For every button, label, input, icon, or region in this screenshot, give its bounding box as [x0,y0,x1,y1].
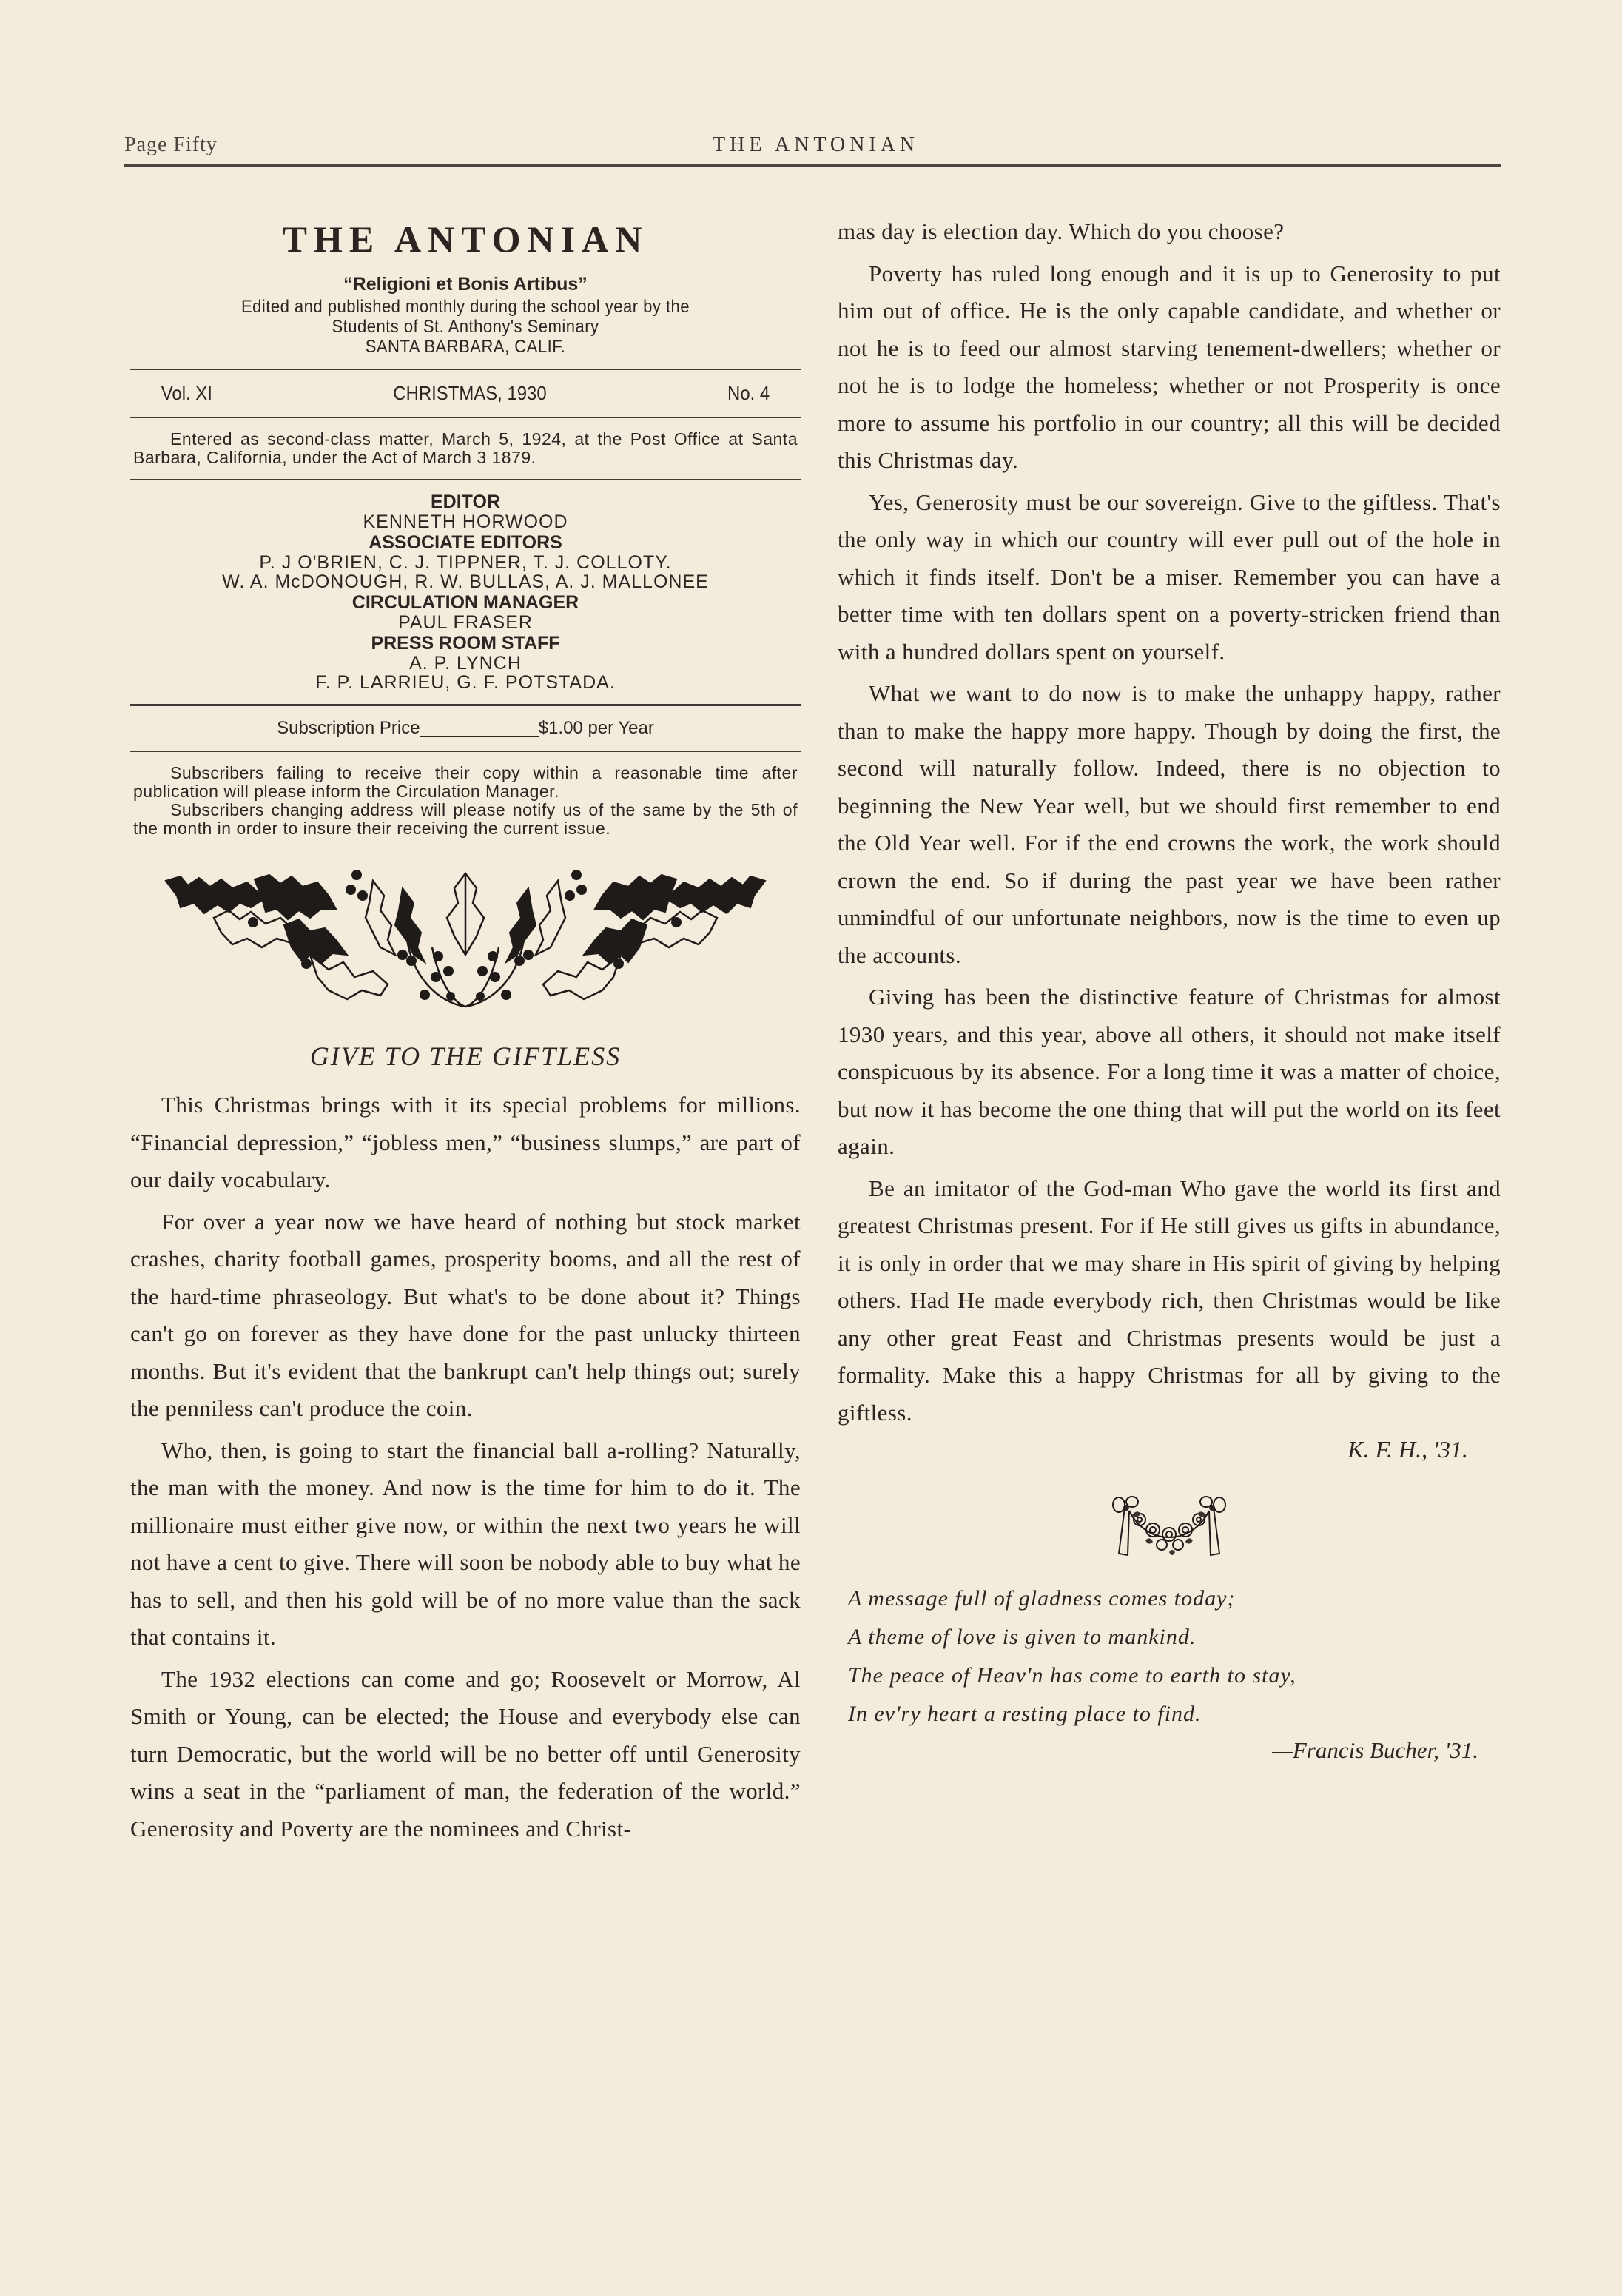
staff-name: F. P. LARRIEU, G. F. POTSTADA. [130,673,801,692]
staff-role-circulation-manager: CIRCULATION MANAGER [130,593,801,613]
notice-failing-copy: Subscribers failing to receive their cop… [130,764,801,801]
masthead-students-line: Students of St. Anthony's Seminary [157,317,774,337]
staff-name: A. P. LYNCH [130,654,801,673]
poem: A message full of gladness comes today; … [848,1580,1501,1733]
page-number: Page Fifty [124,133,218,157]
poem-line: A theme of love is given to mankind. [848,1618,1501,1656]
staff-name: W. A. McDONOUGH, R. W. BULLAS, A. J. MAL… [130,572,801,591]
staff-role-associate-editors: ASSOCIATE EDITORS [130,533,801,553]
poem-line: A message full of gladness comes today; [848,1580,1501,1618]
article-paragraph: For over a year now we have heard of not… [130,1204,801,1428]
staff-role-editor: EDITOR [130,492,801,512]
article-body-right: mas day is election day. Which do you ch… [838,213,1501,1431]
staff-list: EDITOR KENNETH HORWOOD ASSOCIATE EDITORS… [130,492,801,692]
notice-address-change: Subscribers changing address will please… [130,801,801,838]
masthead-motto: “Religioni et Bonis Artibus” [130,274,801,295]
magazine-page: Page Fifty THE ANTONIAN THE ANTONIAN “Re… [0,0,1622,2296]
staff-role-press-room: PRESS ROOM STAFF [130,634,801,654]
staff-name: PAUL FRASER [130,613,801,632]
article-paragraph: Giving has been the distinctive feature … [838,979,1501,1166]
running-header: Page Fifty THE ANTONIAN [124,133,1501,170]
article-paragraph: The 1932 elections can come and go; Roos… [130,1661,801,1848]
holly-ornament-icon [158,866,773,1014]
issue-info-row: Vol. XI CHRISTMAS, 1930 No. 4 [157,382,774,405]
article-title: GIVE TO THE GIFTLESS [130,1041,801,1072]
article-paragraph: What we want to do now is to make the un… [838,675,1501,974]
article-paragraph: Be an imitator of the God-man Who gave t… [838,1170,1501,1432]
subscription-price: Subscription Price____________$1.00 per … [130,718,801,739]
divider [130,704,801,706]
poem-line: In ev'ry heart a resting place to find. [848,1695,1501,1733]
volume-label: Vol. XI [161,382,212,405]
header-rule [124,164,1501,167]
article-paragraph: Poverty has ruled long enough and it is … [838,255,1501,480]
masthead-location: SANTA BARBARA, CALIF. [157,337,774,357]
article-body-left: This Christmas brings with it its specia… [130,1087,801,1847]
staff-name: P. J O'BRIEN, C. J. TIPPNER, T. J. COLLO… [130,553,801,572]
staff-name: KENNETH HORWOOD [130,512,801,531]
masthead-title: THE ANTONIAN [130,218,801,261]
masthead-publisher-line: Edited and published monthly during the … [157,297,774,317]
right-column: mas day is election day. Which do you ch… [838,213,1501,1768]
rose-garland-ornament-icon [1110,1494,1228,1565]
issue-date: CHRISTMAS, 1930 [393,382,546,405]
article-byline: K. F. H., '31. [838,1436,1468,1463]
issue-number: No. 4 [727,382,770,405]
divider [130,751,801,752]
entry-notice: Entered as second-class matter, March 5,… [130,430,801,467]
left-column: THE ANTONIAN “Religioni et Bonis Artibus… [130,207,801,1852]
poem-author: —Francis Bucher, '31. [838,1733,1478,1768]
running-title: THE ANTONIAN [713,133,919,157]
divider [130,479,801,480]
article-paragraph: Who, then, is going to start the financi… [130,1432,801,1656]
masthead: THE ANTONIAN “Religioni et Bonis Artibus… [130,218,801,357]
article-paragraph: Yes, Generosity must be our sovereign. G… [838,484,1501,671]
poem-line: The peace of Heav'n has come to earth to… [848,1656,1501,1695]
article-paragraph: This Christmas brings with it its specia… [130,1087,801,1199]
article-paragraph-continuation: mas day is election day. Which do you ch… [838,213,1501,251]
divider [130,369,801,370]
divider [130,417,801,418]
